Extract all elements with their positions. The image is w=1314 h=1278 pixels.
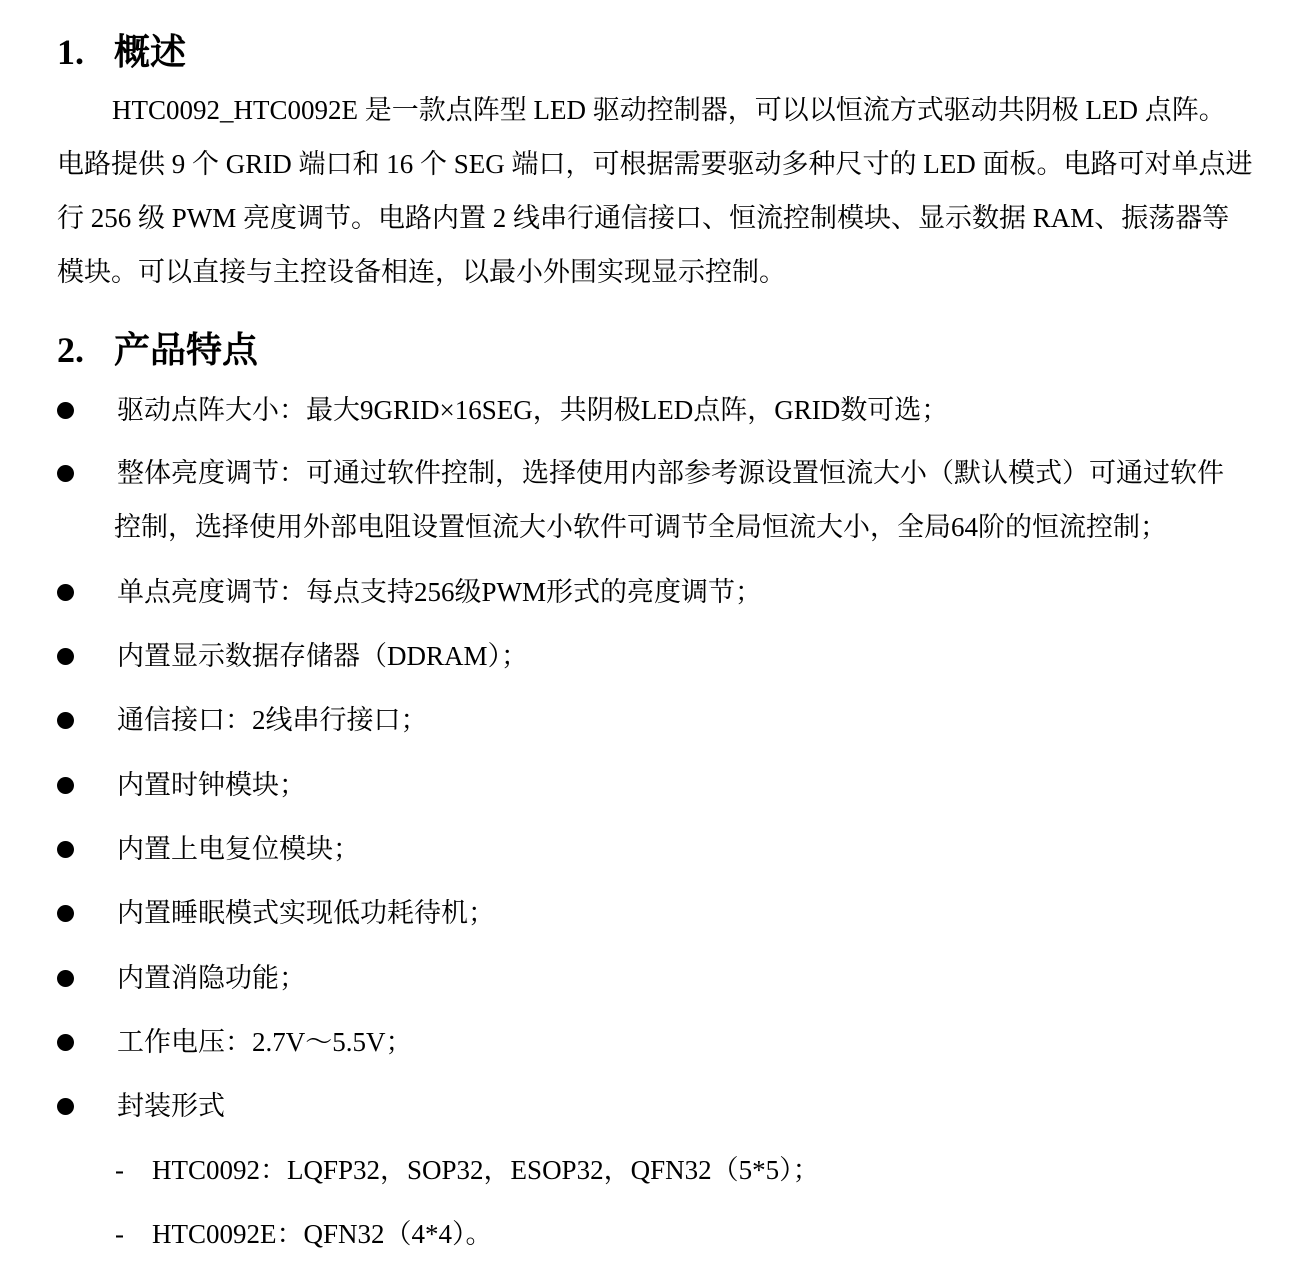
bullet-icon (57, 712, 74, 729)
feature-text: 封装形式 (117, 1088, 225, 1124)
feature-text-continuation: 控制，选择使用外部电阻设置恒流大小软件可调节全局恒流大小，全局64阶的恒流控制； (114, 509, 1167, 545)
bullet-icon (57, 777, 74, 794)
feature-text: 驱动点阵大小：最大9GRID×16SEG，共阴极LED点阵，GRID数可选； (117, 392, 948, 428)
feature-text: 内置消隐功能； (117, 960, 306, 996)
bullet-icon (57, 402, 74, 419)
bullet-icon (57, 584, 74, 601)
bullet-icon (57, 970, 74, 987)
feature-text: 工作电压：2.7V～5.5V； (117, 1024, 413, 1060)
package-text: HTC0092：LQFP32，SOP32，ESOP32，QFN32（5*5）； (152, 1152, 820, 1188)
bullet-icon (57, 1098, 74, 1115)
bullet-icon (57, 1034, 74, 1051)
section-title: 产品特点 (114, 330, 258, 370)
paragraph-line: 模块。可以直接与主控设备相连，以最小外围实现显示控制。 (57, 254, 786, 290)
feature-text: 通信接口：2线串行接口； (117, 702, 428, 738)
feature-text: 整体亮度调节：可通过软件控制，选择使用内部参考源设置恒流大小（默认模式）可通过软… (117, 455, 1224, 491)
feature-text: 内置上电复位模块； (117, 831, 360, 867)
feature-text: 内置睡眠模式实现低功耗待机； (117, 895, 495, 931)
bullet-icon (57, 465, 74, 482)
bullet-icon (57, 648, 74, 665)
dash-icon: - (115, 1216, 124, 1252)
bullet-icon (57, 905, 74, 922)
feature-text: 内置时钟模块； (117, 767, 306, 803)
section-number: 1. (57, 30, 114, 74)
dash-icon: - (115, 1152, 124, 1188)
section-heading-overview: 1.概述 (57, 30, 186, 74)
package-text: HTC0092E：QFN32（4*4）。 (152, 1216, 493, 1252)
feature-text: 单点亮度调节：每点支持256级PWM形式的亮度调节； (117, 574, 762, 610)
paragraph-line: HTC0092_HTC0092E 是一款点阵型 LED 驱动控制器，可以以恒流方… (112, 92, 1226, 128)
paragraph-line: 行 256 级 PWM 亮度调节。电路内置 2 线串行通信接口、恒流控制模块、显… (57, 200, 1229, 236)
section-heading-features: 2.产品特点 (57, 328, 258, 372)
section-title: 概述 (114, 32, 186, 72)
paragraph-line: 电路提供 9 个 GRID 端口和 16 个 SEG 端口，可根据需要驱动多种尺… (57, 146, 1253, 182)
bullet-icon (57, 841, 74, 858)
feature-text: 内置显示数据存储器（DDRAM）； (117, 638, 528, 674)
section-number: 2. (57, 328, 114, 372)
